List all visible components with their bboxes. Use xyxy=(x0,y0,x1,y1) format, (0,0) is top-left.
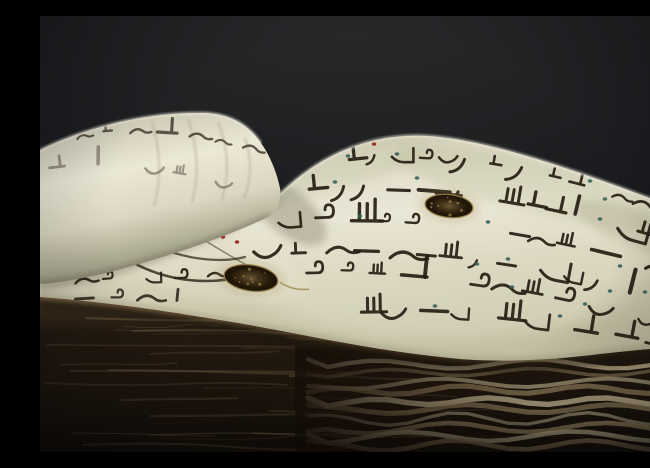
vignette xyxy=(40,16,650,452)
manuscript-photo: Ancient Quran manuscript opened flat, wr… xyxy=(40,16,650,452)
manuscript-scene xyxy=(40,16,650,452)
